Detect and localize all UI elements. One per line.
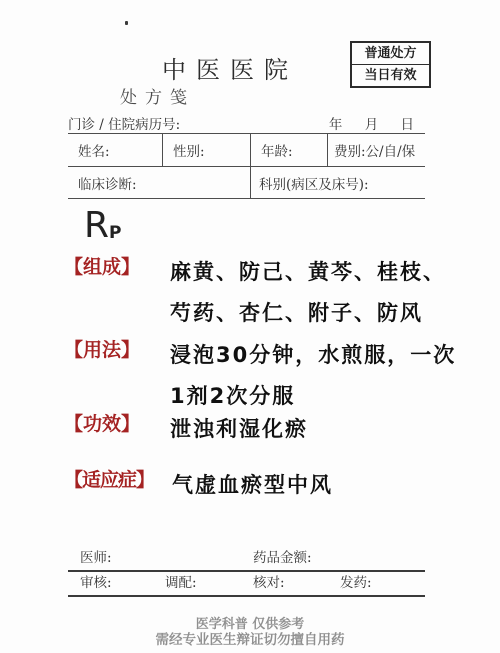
rp-main: R: [84, 205, 109, 246]
pharmacy-row: 审核: 调配: 核对: 发药:: [68, 572, 425, 597]
indication-line-1: 气虚血瘀型中风: [172, 465, 333, 506]
patient-info-form: 门诊 / 住院病历号: 年 月 日 姓名: 性别: 年龄: 费别:公/自/保 临…: [68, 112, 425, 199]
stray-ink-mark: [125, 21, 128, 25]
payment-type-label: 费别:公/自/保: [327, 134, 425, 166]
rp-symbol: RP: [84, 205, 121, 246]
type-box-line-1: 普通处方: [352, 43, 429, 65]
age-label: 年龄:: [250, 134, 327, 166]
name-label: 姓名:: [68, 134, 162, 166]
usage-line-1: 浸泡30分钟，水煎服，一次: [170, 335, 456, 376]
composition-line-1: 麻黄、防己、黄芩、桂枝、: [170, 252, 446, 293]
record-number-label: 门诊 / 住院病历号:: [68, 113, 180, 133]
signature-form: 医师: 药品金额: 审核: 调配: 核对: 发药:: [68, 547, 425, 597]
section-indication: 【适应症】 气虚血瘀型中风: [64, 465, 460, 506]
amount-label: 药品金额:: [253, 547, 312, 570]
patient-detail-row: 姓名: 性别: 年龄: 费别:公/自/保: [68, 134, 425, 167]
type-box-line-2: 当日有效: [352, 65, 429, 86]
section-composition: 【组成】 麻黄、防己、黄芩、桂枝、 芍药、杏仁、附子、防风: [64, 252, 460, 334]
review-label: 审核:: [80, 572, 112, 595]
doctor-label: 医师:: [80, 547, 112, 570]
prescription-type-box: 普通处方 当日有效: [350, 41, 431, 88]
indication-label: 【适应症】: [64, 465, 172, 506]
section-effect: 【功效】 泄浊利湿化瘀: [64, 409, 460, 450]
disclaimer-line-1: 医学科普 仅供参考: [0, 617, 500, 632]
effect-line-1: 泄浊利湿化瘀: [170, 409, 308, 450]
clinical-diagnosis-label: 临床诊断:: [68, 167, 250, 198]
prescription-sheet: 中医医院 处方笺 普通处方 当日有效 门诊 / 住院病历号: 年 月 日 姓名:…: [0, 0, 500, 653]
indication-content: 气虚血瘀型中风: [172, 465, 333, 506]
composition-line-2: 芍药、杏仁、附子、防风: [170, 293, 446, 334]
date-label: 年 月 日: [329, 113, 423, 133]
dispense-label: 调配:: [165, 572, 197, 595]
composition-label: 【组成】: [64, 252, 170, 334]
department-label: 科别(病区及床号):: [250, 167, 425, 198]
check-label: 核对:: [253, 572, 285, 595]
disclaimer: 医学科普 仅供参考 需经专业医生辩证切勿擅自用药: [0, 617, 500, 648]
rp-subscript: P: [109, 223, 121, 243]
composition-content: 麻黄、防己、黄芩、桂枝、 芍药、杏仁、附子、防风: [170, 252, 446, 334]
doctor-row: 医师: 药品金额:: [68, 547, 425, 572]
section-usage: 【用法】 浸泡30分钟，水煎服，一次 1剂2次分服: [64, 335, 460, 417]
disclaimer-line-2: 需经专业医生辩证切勿擅自用药: [0, 632, 500, 648]
diagnosis-row: 临床诊断: 科别(病区及床号):: [68, 167, 425, 199]
issue-label: 发药:: [340, 572, 372, 595]
record-number-row: 门诊 / 住院病历号: 年 月 日: [68, 112, 425, 134]
gender-label: 性别:: [162, 134, 250, 166]
effect-label: 【功效】: [64, 409, 170, 450]
effect-content: 泄浊利湿化瘀: [170, 409, 308, 450]
usage-label: 【用法】: [64, 335, 170, 417]
usage-content: 浸泡30分钟，水煎服，一次 1剂2次分服: [170, 335, 456, 417]
form-title: 处方笺: [0, 83, 315, 108]
